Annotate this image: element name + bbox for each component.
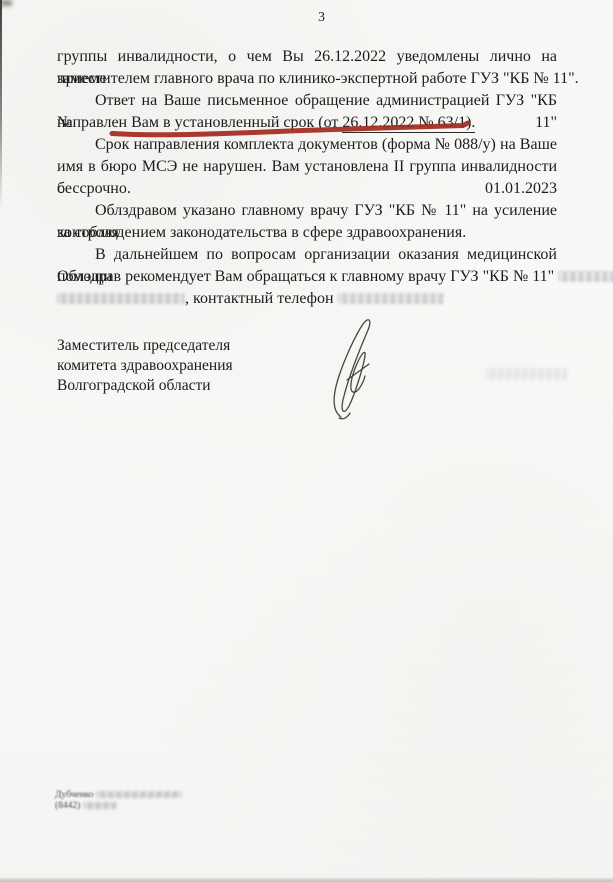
redacted-official-name [486, 366, 568, 380]
handwritten-signature [318, 314, 390, 424]
scan-bottom-edge-artifact [0, 877, 613, 882]
signer-title-block: Заместитель председателя комитета здраво… [57, 336, 233, 396]
body-line: Срок направления комплекта документов (ф… [57, 134, 557, 156]
body-line: Облздравом указано главному врачу ГУЗ "К… [57, 200, 557, 222]
body-line: имя в бюро МСЭ не нарушен. Вам установле… [57, 156, 557, 178]
scan-left-edge-artifact [0, 0, 2, 210]
contact-footer: Дубченко (8442) [55, 790, 182, 812]
body-text: Облздрав рекомендует Вам обращаться к гл… [57, 268, 558, 285]
body-line: В дальнейшем по вопросам организации ока… [57, 244, 557, 266]
redacted-contact-phone [83, 802, 117, 809]
body-line: за соблюдением законодательства в сфере … [57, 222, 557, 244]
contact-name-partial: Дубченко [55, 790, 94, 800]
redacted-doctor-name [57, 293, 185, 304]
contact-phone-line: (8442) [55, 801, 182, 812]
body-line: Облздрав рекомендует Вам обращаться к гл… [57, 266, 557, 288]
page-number: 3 [15, 10, 613, 26]
letter-body: группы инвалидности, о чем Вы 26.12.2022… [57, 46, 557, 310]
signer-title-line: Заместитель председателя [57, 336, 233, 356]
body-line: группы инвалидности, о чем Вы 26.12.2022… [57, 46, 557, 68]
signer-title-line: комитета здравоохранения [57, 356, 233, 376]
scanned-letter-page: 3 группы инвалидности, о чем Вы 26.12.20… [0, 0, 613, 882]
redacted-contact-name [96, 791, 182, 798]
body-line: , контактный телефон [57, 288, 557, 310]
body-text: направлен Вам в установленный срок (от [57, 114, 342, 131]
body-text: , контактный телефон [185, 290, 338, 307]
body-line: Ответ на Ваше письменное обращение админ… [57, 90, 557, 112]
scan-corner-smudge [0, 0, 12, 6]
contact-phone-partial: (8442) [55, 801, 80, 811]
redacted-phone-number [338, 293, 444, 304]
signer-title-line: Волгоградской области [57, 376, 233, 396]
body-line: заместителем главного врача по клинико-э… [57, 68, 557, 90]
contact-person-line: Дубченко [55, 790, 182, 801]
underlined-date-reference: 26.12.2022 № 63/1). [342, 114, 475, 133]
redacted-doctor-name [558, 271, 613, 282]
